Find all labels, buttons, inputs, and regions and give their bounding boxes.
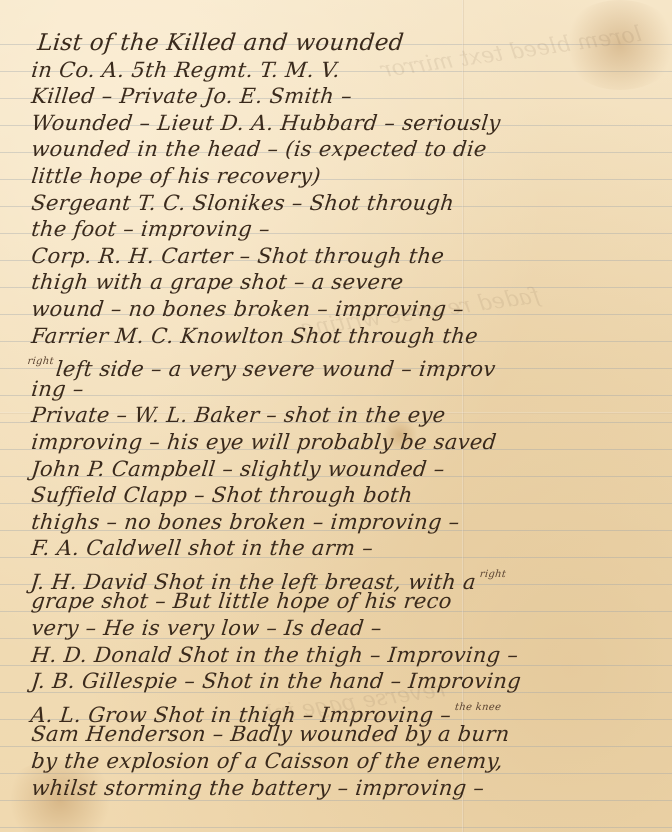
text-line: J. B. Gillespie – Shot in the hand – Imp… (30, 668, 672, 695)
text-line: ing – (30, 376, 672, 403)
interlinear-insertion: the knee (454, 702, 501, 713)
text-line: Farrier M. C. Knowlton Shot through the (30, 323, 672, 350)
text-line: H. D. Donald Shot in the thigh – Improvi… (30, 642, 672, 669)
document-title: List of the Killed and wounded (30, 30, 672, 57)
text-line: Private – W. L. Baker – shot in the eye (30, 402, 672, 429)
interlinear-insertion: right (479, 569, 506, 580)
interlinear-insertion: right (27, 356, 54, 367)
company-regiment-line: in Co. A. 5th Regmt. T. M. V. (30, 58, 341, 82)
text-line: grape shot – But little hope of his reco (30, 588, 672, 615)
text-line: wound – no bones broken – improving – (30, 296, 672, 323)
text-line: wounded in the head – (is expected to di… (30, 136, 672, 163)
text-line-with-insertion: J. H. David Shot in the left breast, wit… (30, 562, 672, 589)
handwritten-text-body: List of the Killed and wounded in Co. A.… (30, 30, 670, 801)
text-line: thigh with a grape shot – a severe (30, 269, 672, 296)
text-line: thighs – no bones broken – improving – (30, 509, 672, 536)
text-line: Corp. R. H. Carter – Shot through the (30, 243, 672, 270)
text-line: John P. Campbell – slightly wounded – (30, 456, 672, 483)
text-line: Suffield Clapp – Shot through both (30, 482, 672, 509)
document-subtitle: in Co. A. 5th Regmt. T. M. V. (30, 57, 672, 84)
text-line-with-insertion: right left side – a very severe wound – … (30, 349, 672, 376)
text-line: Sergeant T. C. Slonikes – Shot through (30, 190, 672, 217)
text-line: F. A. Caldwell shot in the arm – (30, 535, 672, 562)
text-line: very – He is very low – Is dead – (30, 615, 672, 642)
text-line: little hope of his recovery) (30, 163, 672, 190)
text-line: Sam Henderson – Badly wounded by a burn (30, 721, 672, 748)
letter-page: lorem bleed text mirror faded reverse wr… (0, 0, 672, 832)
text-line: improving – his eye will probably be sav… (30, 429, 672, 456)
text-line: Killed – Private Jo. E. Smith – (30, 83, 672, 110)
text-line: whilst storming the battery – improving … (30, 775, 672, 802)
text-line: the foot – improving – (30, 216, 672, 243)
text-line-with-insertion: A. L. Grow Shot in thigh – Improving – t… (30, 695, 672, 722)
text-line: by the explosion of a Caisson of the ene… (30, 748, 672, 775)
text-line: Wounded – Lieut D. A. Hubbard – seriousl… (30, 110, 672, 137)
